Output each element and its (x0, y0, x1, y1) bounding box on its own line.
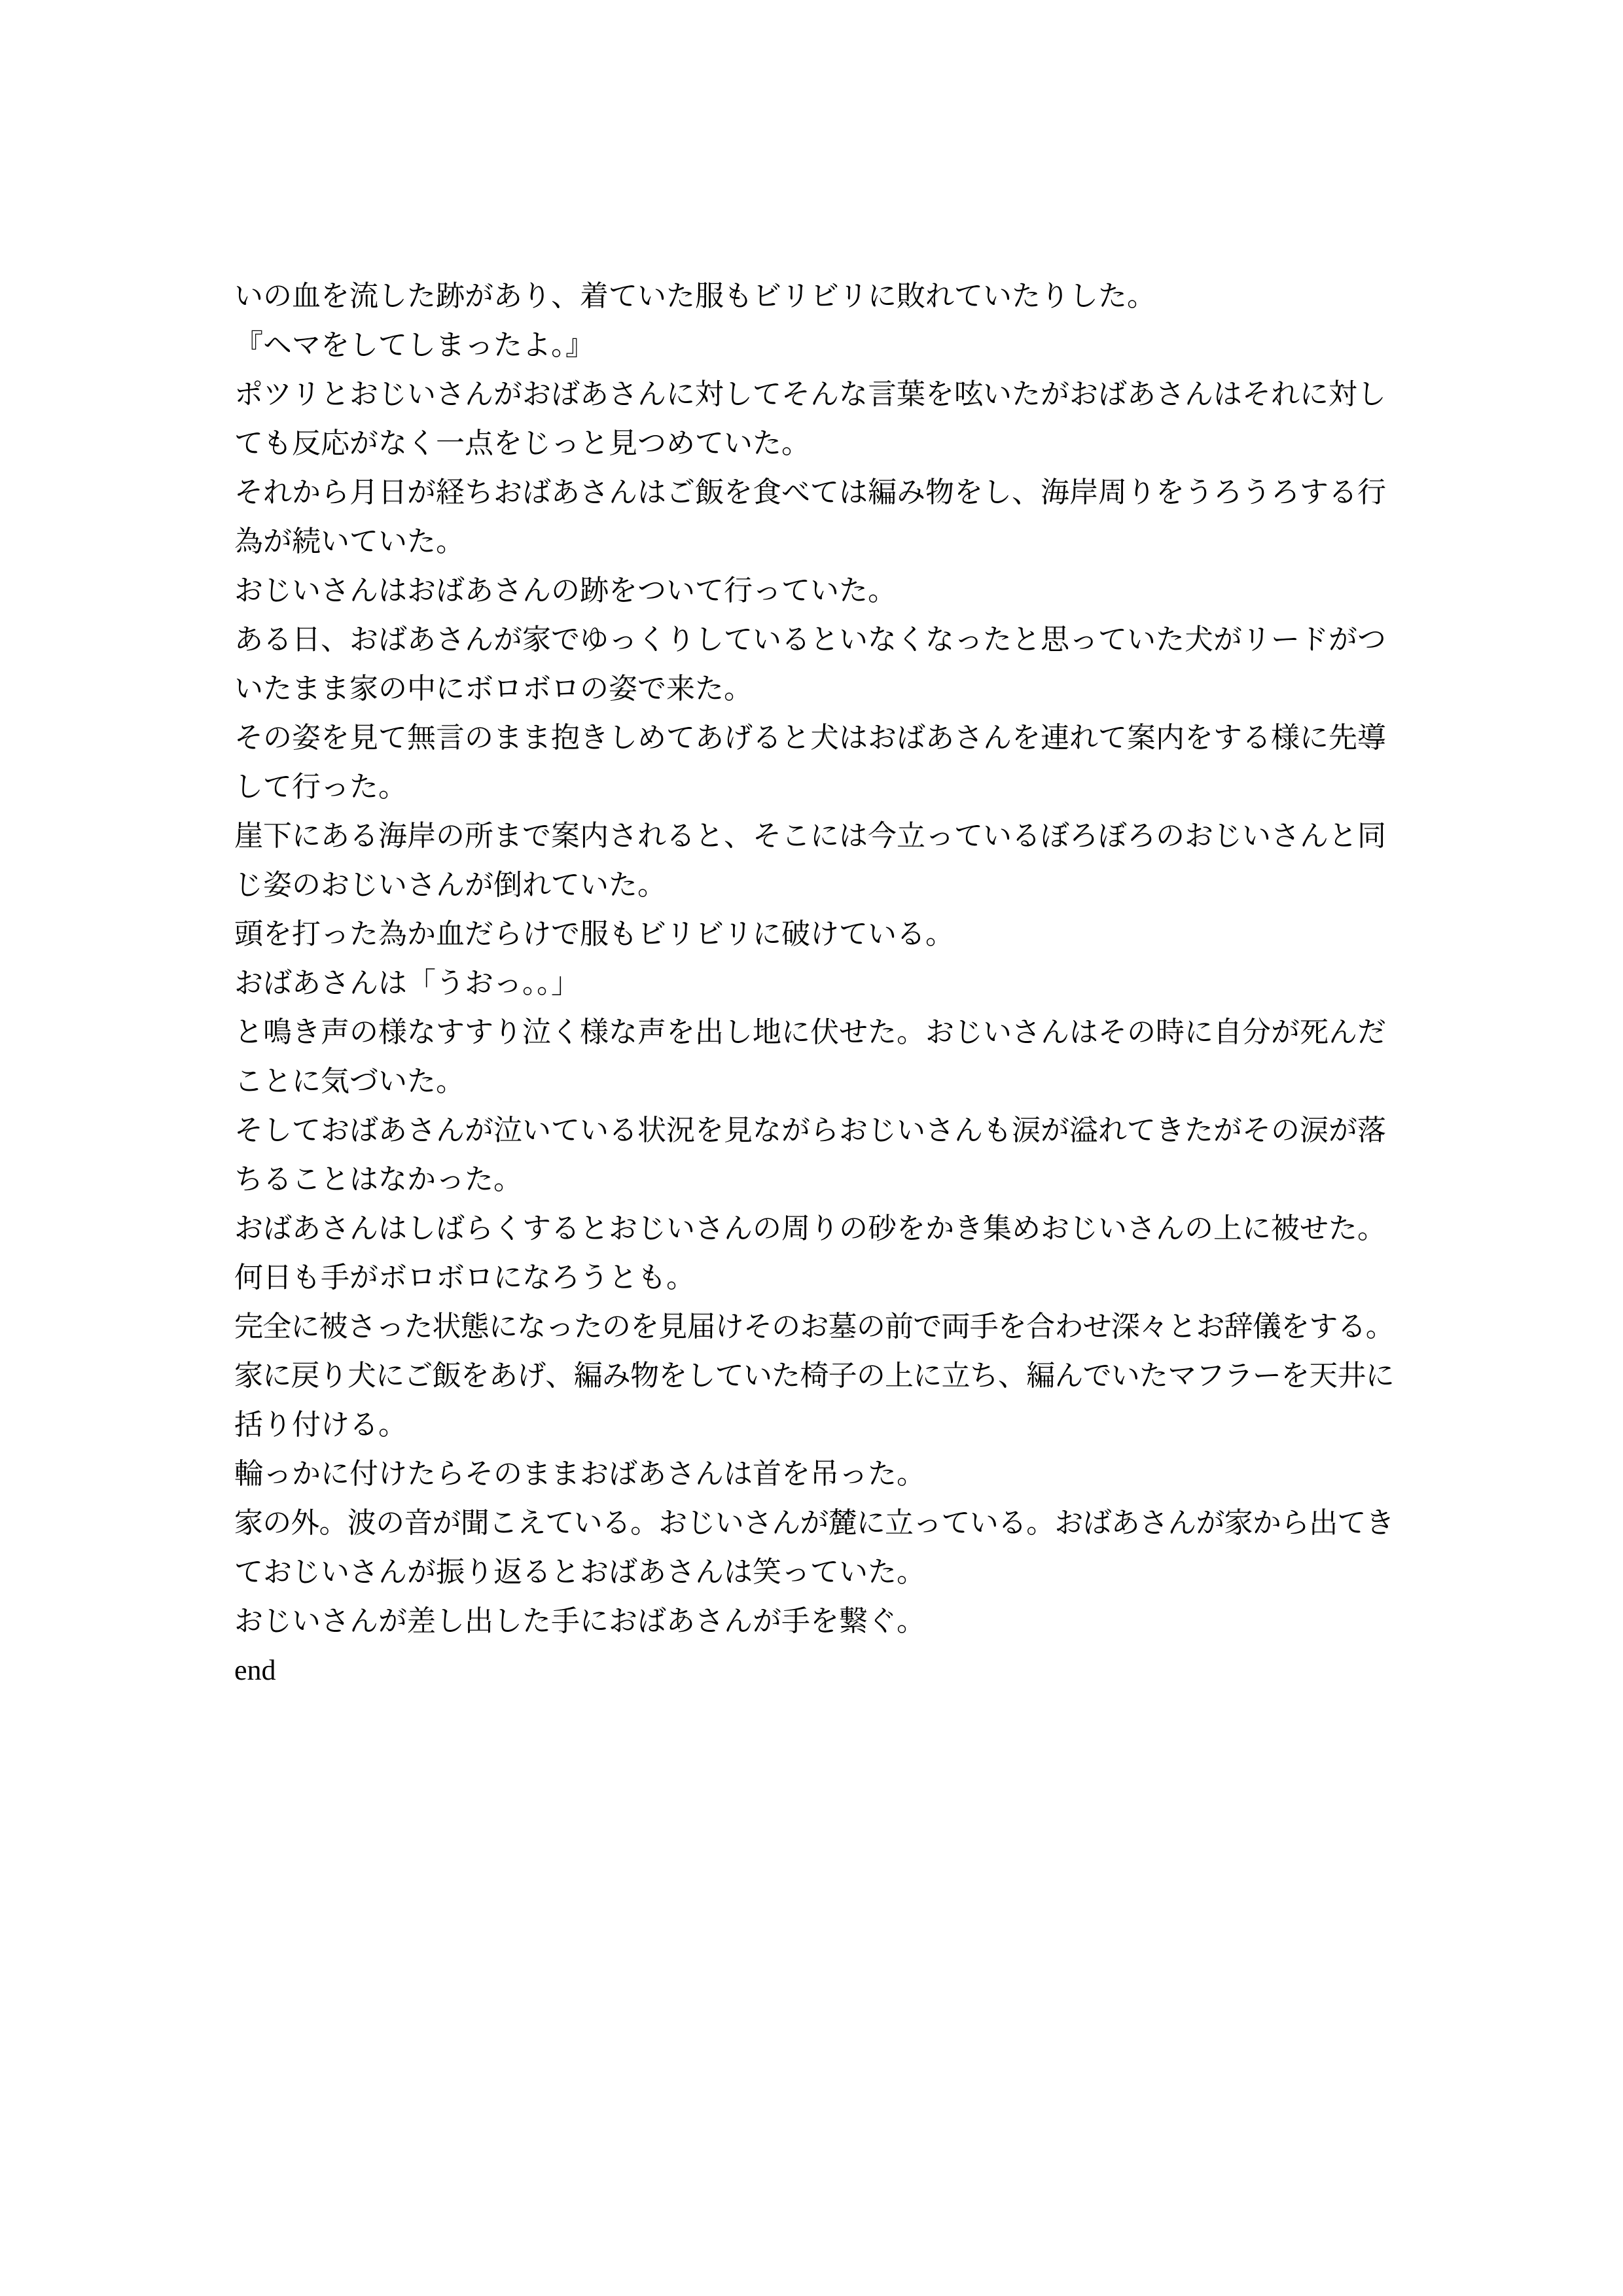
text-line: 家に戻り犬にご飯をあげ、編み物をしていた椅子の上に立ち、編んでいたマフラーを天井… (234, 1351, 1394, 1400)
text-line: その姿を見て無言のまま抱きしめてあげると犬はおばあさんを連れて案内をする様に先導 (234, 713, 1394, 762)
text-line: おばあさんはしばらくするとおじいさんの周りの砂をかき集めおじいさんの上に被せた。 (234, 1204, 1394, 1253)
text-line: ポツリとおじいさんがおばあさんに対してそんな言葉を呟いたがおばあさんはそれに対し (234, 370, 1394, 419)
text-line: ておじいさんが振り返るとおばあさんは笑っていた。 (234, 1547, 1394, 1597)
text-line: ある日、おばあさんが家でゆっくりしているといなくなったと思っていた犬がリードがつ (234, 615, 1394, 664)
text-line: 括り付ける。 (234, 1400, 1394, 1449)
text-line: 頭を打った為か血だらけで服もビリビリに破けている。 (234, 910, 1394, 959)
text-line: 崖下にある海岸の所まで案内されると、そこには今立っているぼろぼろのおじいさんと同 (234, 811, 1394, 860)
text-line: 何日も手がボロボロになろうとも。 (234, 1253, 1394, 1302)
text-line: end (234, 1646, 1394, 1695)
document-text: いの血を流した跡があり、着ていた服もビリビリに敗れていたりした。『ヘマをしてしま… (234, 272, 1394, 1695)
text-line: いの血を流した跡があり、着ていた服もビリビリに敗れていたりした。 (234, 272, 1394, 321)
text-line: 完全に被さった状態になったのを見届けそのお墓の前で両手を合わせ深々とお辞儀をする… (234, 1302, 1394, 1351)
text-line: おじいさんが差し出した手におばあさんが手を繋ぐ。 (234, 1597, 1394, 1646)
text-line: ちることはなかった。 (234, 1155, 1394, 1204)
text-line: ことに気づいた。 (234, 1057, 1394, 1106)
text-line: いたまま家の中にボロボロの姿で来た。 (234, 664, 1394, 713)
document-page: いの血を流した跡があり、着ていた服もビリビリに敗れていたりした。『ヘマをしてしま… (0, 0, 1623, 2296)
text-line: して行った。 (234, 762, 1394, 811)
text-line: 輪っかに付けたらそのままおばあさんは首を吊った。 (234, 1449, 1394, 1498)
text-line: おばあさんは「うおっ。。」 (234, 959, 1394, 1008)
text-line: 家の外。波の音が聞こえている。おじいさんが麓に立っている。おばあさんが家から出て… (234, 1498, 1394, 1547)
text-line: じ姿のおじいさんが倒れていた。 (234, 860, 1394, 910)
text-line: そしておばあさんが泣いている状況を見ながらおじいさんも涙が溢れてきたがその涙が落 (234, 1106, 1394, 1155)
text-line: おじいさんはおばあさんの跡をついて行っていた。 (234, 566, 1394, 615)
text-line: それから月日が経ちおばあさんはご飯を食べては編み物をし、海岸周りをうろうろする行 (234, 468, 1394, 517)
text-line: 為が続いていた。 (234, 517, 1394, 566)
text-line: ても反応がなく一点をじっと見つめていた。 (234, 419, 1394, 468)
text-line: と鳴き声の様なすすり泣く様な声を出し地に伏せた。おじいさんはその時に自分が死んだ (234, 1008, 1394, 1057)
text-line: 『ヘマをしてしまったよ。』 (234, 321, 1394, 370)
